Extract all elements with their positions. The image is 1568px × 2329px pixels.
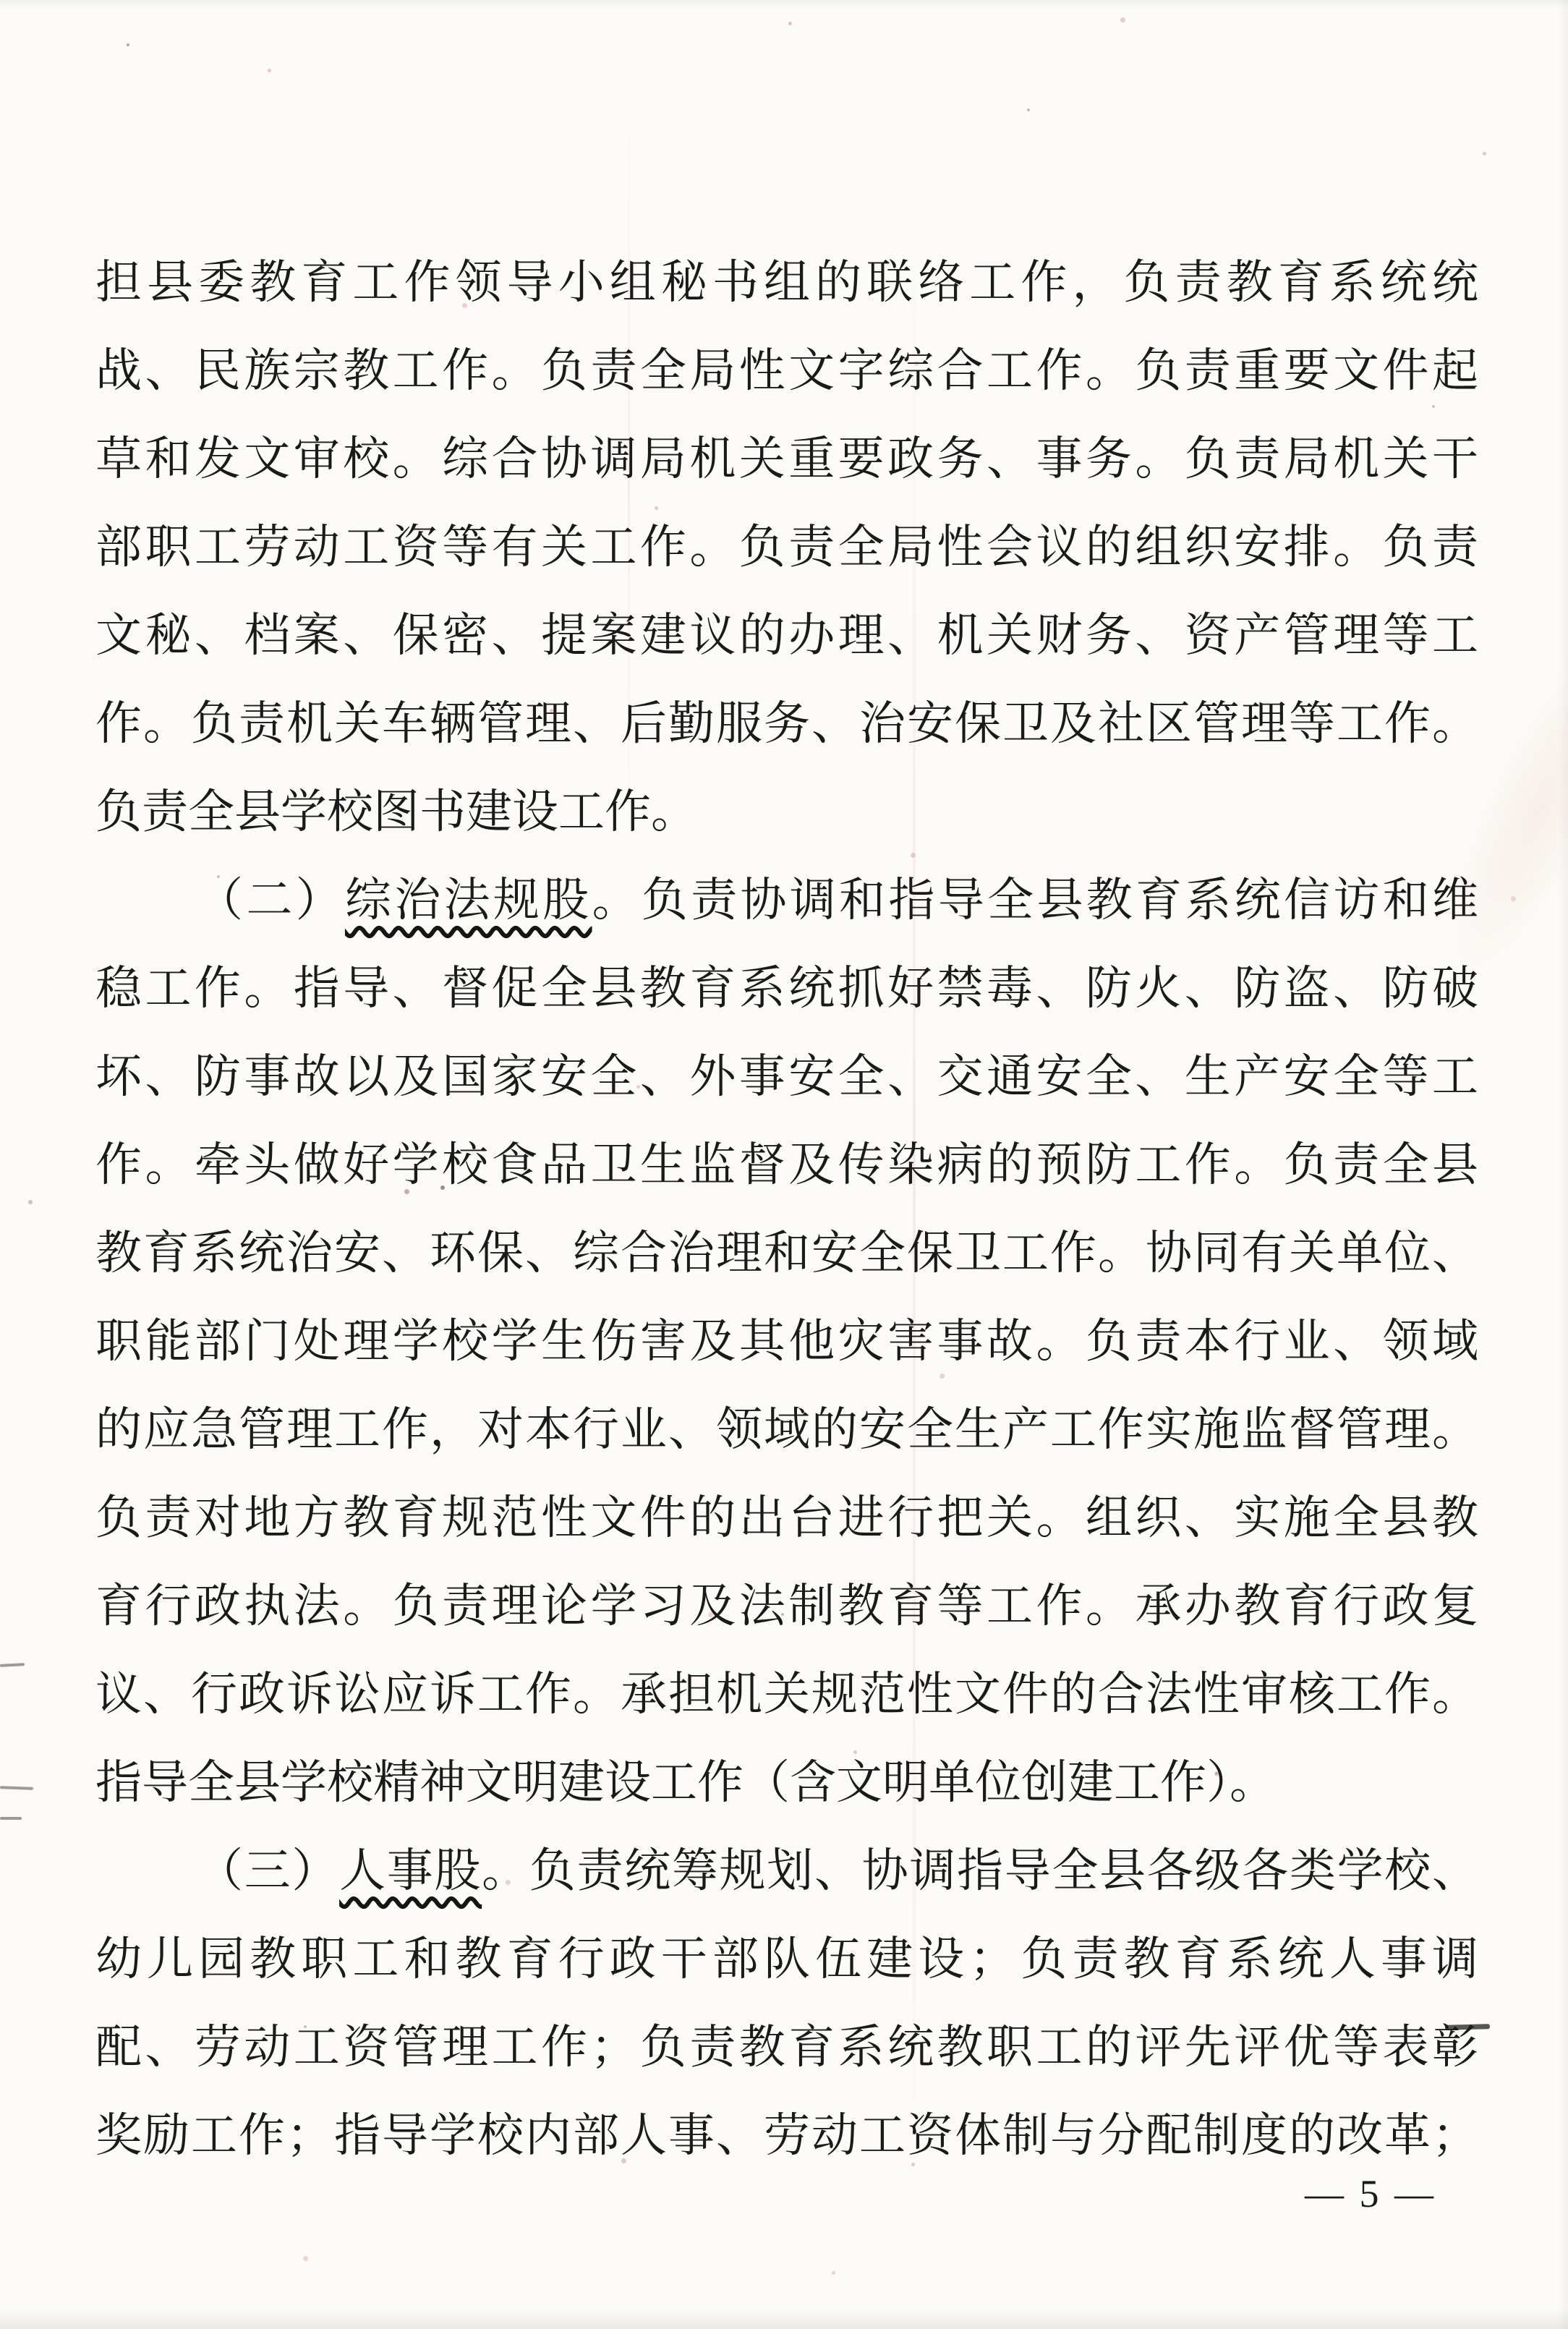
- text-line: 教育系统治安、环保、综合治理和安全保卫工作。协同有关单位、: [95, 1209, 1478, 1298]
- text-line: 文秘、档案、保密、提案建议的办理、机关财务、资产管理等工: [95, 592, 1478, 680]
- text-line: 议、行政诉讼应诉工作。承担机关规范性文件的合法性审核工作。: [95, 1651, 1478, 1739]
- text-line: 担县委教育工作领导小组秘书组的联络工作，负责教育系统统: [95, 239, 1478, 327]
- text-line: 战、民族宗教工作。负责全局性文字综合工作。负责重要文件起: [95, 327, 1478, 415]
- scratch-mark: [0, 1786, 33, 1790]
- underlined-term: 人事股: [339, 1845, 482, 1896]
- text-line: 坏、防事故以及国家安全、外事安全、交通安全、生产安全等工: [95, 1033, 1478, 1121]
- text-line: 的应急管理工作，对本行业、领域的安全生产工作实施监督管理。: [95, 1386, 1478, 1474]
- text-line: 稳工作。指导、督促全县教育系统抓好禁毒、防火、防盗、防破: [95, 945, 1478, 1033]
- scan-edge-shadow-bottom: [0, 2309, 1568, 2329]
- underlined-term: 综治法规股: [345, 874, 592, 926]
- text-line: 指导全县学校精神文明建设工作（含文明单位创建工作）。: [95, 1739, 1478, 1827]
- section-number: （二）: [197, 874, 345, 926]
- text-line: 部职工劳动工资等有关工作。负责全局性会议的组织安排。负责: [95, 503, 1478, 592]
- scan-noise-speckles: [788, 22, 792, 25]
- text-line: 育行政执法。负责理论学习及法制教育等工作。承办教育行政复: [95, 1562, 1478, 1651]
- scan-edge-shadow-right: [1558, 0, 1568, 2329]
- text-line: 职能部门处理学校学生伤害及其他灾害事故。负责本行业、领域: [95, 1298, 1478, 1386]
- text-line: 奖励工作；指导学校内部人事、劳动工资体制与分配制度的改革；: [95, 2092, 1478, 2180]
- section-number: （三）: [197, 1845, 339, 1896]
- text-line: 作。负责机关车辆管理、后勤服务、治安保卫及社区管理等工作。: [95, 680, 1478, 768]
- text-line: 作。牵头做好学校食品卫生监督及传染病的预防工作。负责全县: [95, 1121, 1478, 1209]
- scan-noise-speckles: [127, 43, 129, 46]
- text-line: 配、劳动工资管理工作；负责教育系统教职工的评先评优等表彰: [95, 2004, 1478, 2092]
- document-body: 担县委教育工作领导小组秘书组的联络工作，负责教育系统统 战、民族宗教工作。负责全…: [95, 239, 1478, 2180]
- scratch-mark: [0, 1663, 25, 1667]
- text-line: 负责对地方教育规范性文件的出台进行把关。组织、实施全县教: [95, 1474, 1478, 1562]
- text-line: 草和发文审校。综合协调局机关重要政务、事务。负责局机关干: [95, 415, 1478, 503]
- page-number: — 5 —: [1305, 2171, 1436, 2216]
- line-text: 。负责统筹规划、协调指导全县各级各类学校、: [482, 1845, 1478, 1896]
- scratch-mark: [0, 1817, 22, 1820]
- scan-edge-shadow-top: [0, 0, 1568, 9]
- text-line-section-heading: （三）人事股。负责统筹规划、协调指导全县各级各类学校、: [95, 1827, 1478, 1915]
- scanned-document-page: 担县委教育工作领导小组秘书组的联络工作，负责教育系统统 战、民族宗教工作。负责全…: [0, 0, 1568, 2329]
- text-line: 幼儿园教职工和教育行政干部队伍建设；负责教育系统人事调: [95, 1915, 1478, 2004]
- text-line-section-heading: （二）综治法规股。负责协调和指导全县教育系统信访和维: [95, 856, 1478, 945]
- text-line: 负责全县学校图书建设工作。: [95, 768, 1478, 856]
- line-text: 。负责协调和指导全县教育系统信访和维: [592, 874, 1478, 926]
